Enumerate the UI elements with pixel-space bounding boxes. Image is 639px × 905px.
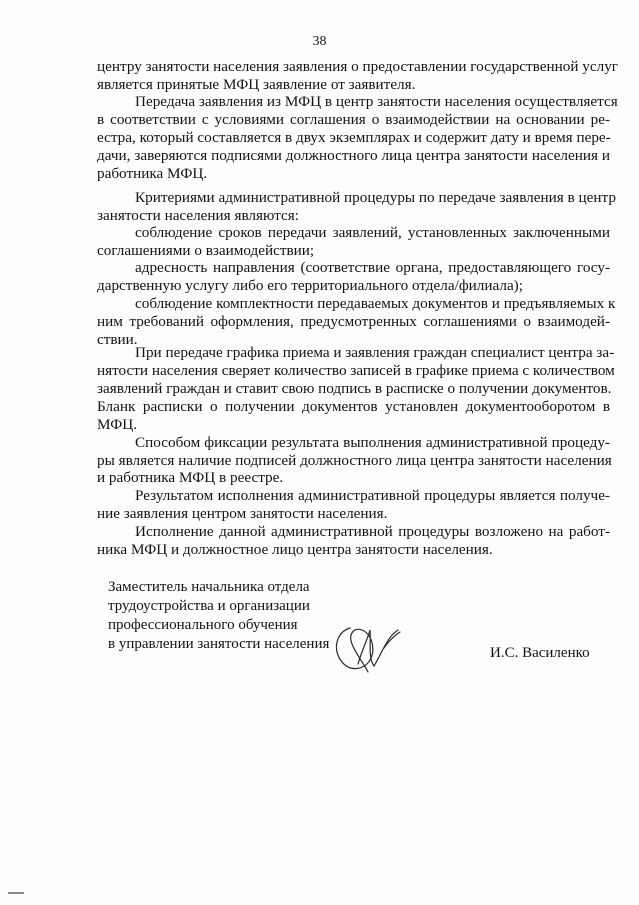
signatory-title-line: трудоустройства и организации [108, 597, 329, 616]
text-line: соблюдение сроков передачи заявлений, ус… [135, 224, 610, 241]
text-line: МФЦ. [97, 416, 610, 433]
text-line: занятости населения являются: [97, 207, 610, 224]
text-line: соглашениями о взаимодействии; [97, 242, 610, 259]
text-line: заявлений граждан и ставит свою подпись … [97, 380, 610, 397]
text-line: центру занятости населения заявления о п… [97, 58, 610, 75]
text-line: Результатом исполнения административной … [135, 487, 610, 504]
document-page: 38 центру занятости населения заявления … [0, 0, 639, 905]
text-line: Бланк расписки о получении документов ус… [97, 398, 610, 415]
text-line: адресность направления (соответствие орг… [135, 259, 610, 276]
text-line: Способом фиксации результата выполнения … [135, 434, 610, 451]
scan-mark [8, 892, 24, 894]
signatory-title-line: Заместитель начальника отдела [108, 578, 329, 597]
text-line: является принятые МФЦ заявление от заяви… [97, 76, 610, 93]
text-line: дарственную услугу либо его территориаль… [97, 277, 610, 294]
text-line: и работника МФЦ в реестре. [97, 469, 610, 486]
signatory-title-line: профессионального обучения [108, 616, 329, 635]
text-line: работника МФЦ. [97, 165, 610, 182]
text-line: соблюдение комплектности передаваемых до… [135, 295, 610, 312]
text-line: ние заявления центром занятости населени… [97, 505, 610, 522]
text-line: Критериями административной процедуры по… [135, 189, 610, 206]
text-line: ника МФЦ и должностное лицо центра занят… [97, 541, 610, 558]
handwritten-signature-icon [328, 620, 408, 680]
page-number: 38 [0, 34, 639, 50]
text-line: Исполнение данной административной проце… [135, 523, 610, 540]
text-line: ры является наличие подписей должностног… [97, 452, 610, 469]
text-line: естра, который составляется в двух экзем… [97, 129, 610, 146]
text-line: Передача заявления из МФЦ в центр занято… [135, 93, 610, 110]
text-line: При передаче графика приема и заявления … [135, 344, 610, 361]
signatory-title-line: в управлении занятости населения [108, 635, 329, 654]
signatory-name: И.С. Василенко [490, 645, 590, 662]
text-line: в соответствии с условиями соглашения о … [97, 111, 610, 128]
text-line: нятости населения сверяет количество зап… [97, 362, 610, 379]
signatory-title: Заместитель начальника отдела трудоустро… [108, 578, 329, 654]
text-line: дачи, заверяются подписями должностного … [97, 147, 610, 164]
text-line: ним требований оформления, предусмотренн… [97, 313, 610, 330]
